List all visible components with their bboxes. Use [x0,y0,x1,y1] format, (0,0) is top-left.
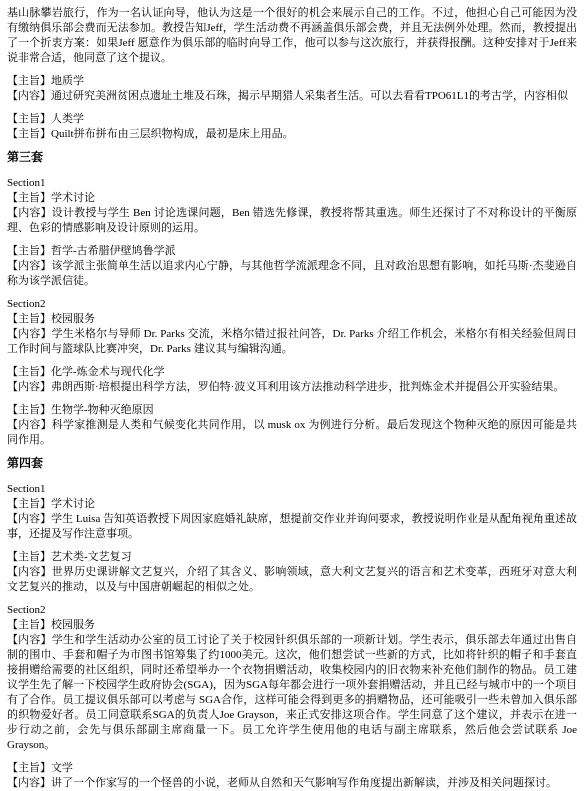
content-line: 【内容】设计教授与学生 Ben 讨论选课问题，Ben 错选先修课，教授将帮其重选… [7,206,577,236]
topic-line: 【主旨】地质学 [7,74,577,89]
lecture-entry: Section2 【主旨】校园服务 【内容】学生米格尔与导师 Dr. Parks… [7,297,577,357]
topic-line: 【主旨】校园服务 [7,312,577,327]
lecture-entry: 【主旨】哲学-古希腊伊壁鸠鲁学派 【内容】该学派主张简单生活以追求内心宁静，与其… [7,244,577,289]
topic-line: 【主旨】哲学-古希腊伊壁鸠鲁学派 [7,244,577,259]
topic-line: 【主旨】生物学-物种灭绝原因 [7,403,577,418]
topic-line: 【主旨】人类学 [7,112,577,127]
lecture-entry: 【主旨】文学 【内容】讲了一个作家写的一个怪兽的小说，老师从自然和天气影响写作角… [7,761,577,791]
content-line: 【主旨】Quilt拼布拼布由三层织物构成，最初是床上用品。 [7,127,577,142]
lecture-entry: 【主旨】生物学-物种灭绝原因 【内容】科学家推测是人类和气候变化共同作用，以 m… [7,403,577,448]
topic-line: 【主旨】艺术类-文艺复习 [7,550,577,565]
topic-line: 【主旨】学术讨论 [7,497,577,512]
content-line: 【内容】学生 Luisa 告知英语教授下周因家庭婚礼缺席，想提前交作业并询问要求… [7,512,577,542]
topic-line: 【主旨】文学 [7,761,577,776]
set-heading: 第四套 [7,456,577,471]
content-line: 【内容】科学家推测是人类和气候变化共同作用，以 musk ox 为例进行分析。最… [7,418,577,448]
lecture-entry: 【主旨】人类学 【主旨】Quilt拼布拼布由三层织物构成，最初是床上用品。 [7,112,577,142]
intro-paragraph: 基山脉攀岩旅行，作为一名认证向导，他认为这是一个很好的机会来展示自己的工作。不过… [7,6,577,66]
content-line: 【内容】学生米格尔与导师 Dr. Parks 交流，米格尔错过报社问答，Dr. … [7,327,577,357]
lecture-entry: Section2 【主旨】校园服务 【内容】学生和学生活动办公室的员工讨论了关于… [7,603,577,753]
content-line: 【内容】世界历史课讲解文艺复兴，介绍了其含义、影响领域，意大利文艺复兴的语言和艺… [7,565,577,595]
topic-line: 【主旨】化学-炼金术与现代化学 [7,365,577,380]
section-label: Section2 [7,297,577,312]
content-line: 【内容】该学派主张简单生活以追求内心宁静，与其他哲学流派理念不同，且对政治思想有… [7,259,577,289]
lecture-entry: 【主旨】地质学 【内容】通过研究美洲贫困点遗址土堆及石珠，揭示早期猎人采集者生活… [7,74,577,104]
topic-line: 【主旨】学术讨论 [7,191,577,206]
section-label: Section2 [7,603,577,618]
document-page: 基山脉攀岩旅行，作为一名认证向导，他认为这是一个很好的机会来展示自己的工作。不过… [0,0,584,791]
topic-line: 【主旨】校园服务 [7,618,577,633]
content-line: 【内容】学生和学生活动办公室的员工讨论了关于校园针织俱乐部的一项新计划。学生表示… [7,633,577,753]
lecture-entry: Section1 【主旨】学术讨论 【内容】学生 Luisa 告知英语教授下周因… [7,482,577,542]
lecture-entry: Section1 【主旨】学术讨论 【内容】设计教授与学生 Ben 讨论选课问题… [7,176,577,236]
content-line: 【内容】讲了一个作家写的一个怪兽的小说，老师从自然和天气影响写作角度提出新解读，… [7,776,577,791]
content-line: 【内容】弗朗西斯·培根提出科学方法，罗伯特·波义耳利用该方法推动科学进步，批判炼… [7,380,577,395]
section-label: Section1 [7,176,577,191]
set-heading: 第三套 [7,150,577,165]
section-label: Section1 [7,482,577,497]
content-line: 【内容】通过研究美洲贫困点遗址土堆及石珠，揭示早期猎人采集者生活。可以去看看TP… [7,89,577,104]
lecture-entry: 【主旨】化学-炼金术与现代化学 【内容】弗朗西斯·培根提出科学方法，罗伯特·波义… [7,365,577,395]
lecture-entry: 【主旨】艺术类-文艺复习 【内容】世界历史课讲解文艺复兴，介绍了其含义、影响领域… [7,550,577,595]
